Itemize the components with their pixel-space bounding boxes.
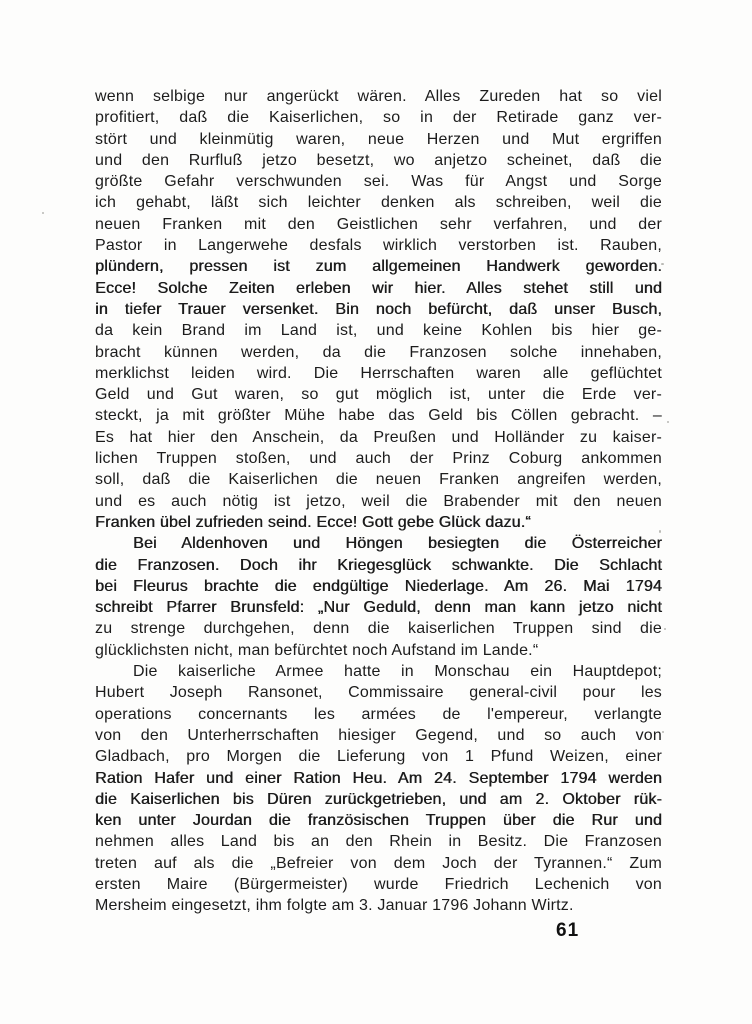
- text-line: zu strenge durchgehen, denn die kaiserli…: [95, 618, 662, 639]
- text-line: soll, daß die Kaiserlichen die neuen Fra…: [95, 469, 662, 490]
- text-line: die Kaiserlichen bis Düren zurückgetrieb…: [95, 789, 662, 810]
- scan-speck: [662, 731, 664, 733]
- scan-speck: [667, 421, 669, 423]
- text-line: Hubert Joseph Ransonet, Commissaire gene…: [95, 682, 662, 703]
- text-line: von den Unterherrschaften hiesiger Gegen…: [95, 725, 662, 746]
- text-line: operations concernants les armées de l'e…: [95, 704, 662, 725]
- text-line: größte Gefahr verschwunden sei. Was für …: [95, 171, 662, 192]
- text-line: Gladbach, pro Morgen die Lieferung von 1…: [95, 746, 662, 767]
- text-line: neuen Franken mit den Geistlichen sehr v…: [95, 214, 662, 235]
- text-line: merklichst leiden wird. Die Herrschaften…: [95, 363, 662, 384]
- text-line: nehmen alles Land bis an den Rhein in Be…: [95, 831, 662, 852]
- text-line: bei Fleurus brachte die endgültige Niede…: [95, 576, 662, 597]
- text-line: Die kaiserliche Armee hatte in Monschau …: [95, 661, 662, 682]
- text-line: Franken übel zufrieden seind. Ecce! Gott…: [95, 512, 662, 533]
- text-line: glücklichsten nicht, man befürchtet noch…: [95, 640, 662, 661]
- text-line: steckt, ja mit größter Mühe habe das Gel…: [95, 405, 662, 426]
- text-line: in tiefer Trauer versenket. Bin noch bef…: [95, 299, 662, 320]
- scan-speck: [659, 530, 661, 533]
- text-line: Es hat hier den Anschein, da Preußen und…: [95, 427, 662, 448]
- scan-speck: [664, 628, 666, 630]
- text-line: Geld und Gut waren, so gut möglich ist, …: [95, 384, 662, 405]
- text-line: plündern, pressen ist zum allgemeinen Ha…: [95, 256, 662, 277]
- text-line: ich gehabt, läßt sich leichter denken al…: [95, 192, 662, 213]
- text-line: Ration Hafer und einer Ration Heu. Am 24…: [95, 768, 662, 789]
- text-line: profitiert, daß die Kaiserlichen, so in …: [95, 107, 662, 128]
- text-line: schreibt Pfarrer Brunsfeld: „Nur Geduld,…: [95, 597, 662, 618]
- text-line: Bei Aldenhoven und Höngen besiegten die …: [95, 533, 662, 554]
- text-line: Ecce! Solche Zeiten erleben wir hier. Al…: [95, 278, 662, 299]
- text-line: die Franzosen. Doch ihr Kriegesglück sch…: [95, 555, 662, 576]
- text-line: wenn selbige nur angerückt wären. Alles …: [95, 86, 662, 107]
- text-block: wenn selbige nur angerückt wären. Alles …: [95, 86, 662, 917]
- text-line: treten auf als die „Befreier von dem Joc…: [95, 853, 662, 874]
- text-line: lichen Truppen stoßen, und auch der Prin…: [95, 448, 662, 469]
- text-line: und es auch nötig ist jetzo, weil die Br…: [95, 491, 662, 512]
- text-line: stört und kleinmütig waren, neue Herzen …: [95, 129, 662, 150]
- text-line: und den Rurfluß jetzo besetzt, wo anjetz…: [95, 150, 662, 171]
- page-number: 61: [556, 920, 579, 942]
- text-line: ken unter Jourdan die französischen Trup…: [95, 810, 662, 831]
- book-page: wenn selbige nur angerückt wären. Alles …: [0, 0, 752, 1024]
- text-line: bracht künnen werden, da die Franzosen s…: [95, 342, 662, 363]
- scan-speck: [661, 263, 664, 265]
- scan-speck: [42, 212, 44, 214]
- text-line: Mersheim eingesetzt, ihm folgte am 3. Ja…: [95, 895, 662, 916]
- text-line: Pastor in Langerwehe desfals wirklich ve…: [95, 235, 662, 256]
- text-line: ersten Maire (Bürgermeister) wurde Fried…: [95, 874, 662, 895]
- text-line: da kein Brand im Land ist, und keine Koh…: [95, 320, 662, 341]
